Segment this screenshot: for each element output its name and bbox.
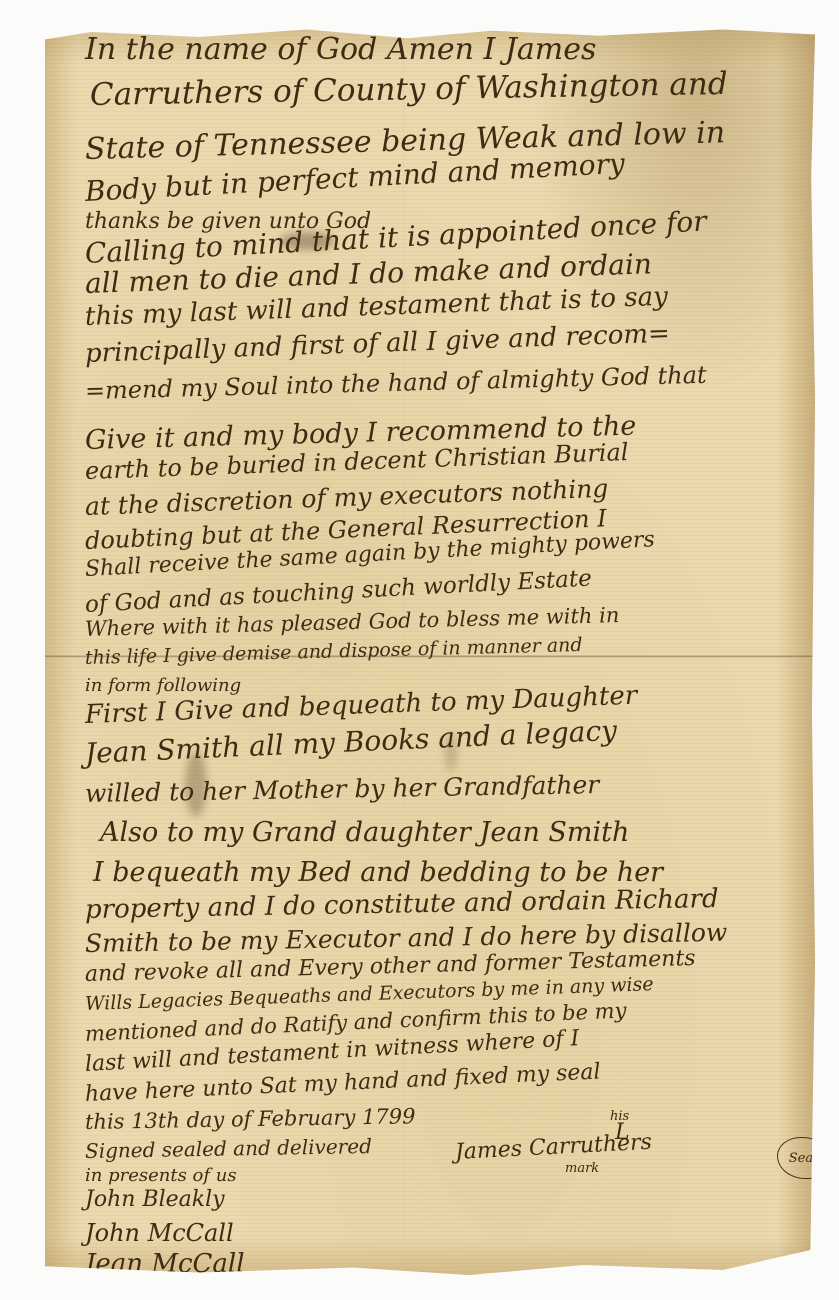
will-document-page: In the name of God Amen I James Carruthe… <box>45 27 815 1275</box>
witness-signature: John McCall <box>85 1219 234 1247</box>
text-line: In the name of God Amen I James <box>85 32 596 67</box>
text-line: in presents of us <box>85 1165 237 1186</box>
text-line: Signed sealed and delivered <box>85 1134 372 1163</box>
mark-label: mark <box>565 1161 599 1176</box>
seal-label: Seal <box>789 1151 818 1166</box>
witness-signature: Jean McCall <box>85 1249 245 1279</box>
text-line: in form following <box>85 675 241 696</box>
text-line: Also to my Grand daughter Jean Smith <box>100 817 629 848</box>
text-line: I bequeath my Bed and bedding to be her <box>93 857 663 888</box>
witness-signature: John Bleakly <box>85 1187 225 1212</box>
mark-symbol: L <box>615 1120 630 1145</box>
